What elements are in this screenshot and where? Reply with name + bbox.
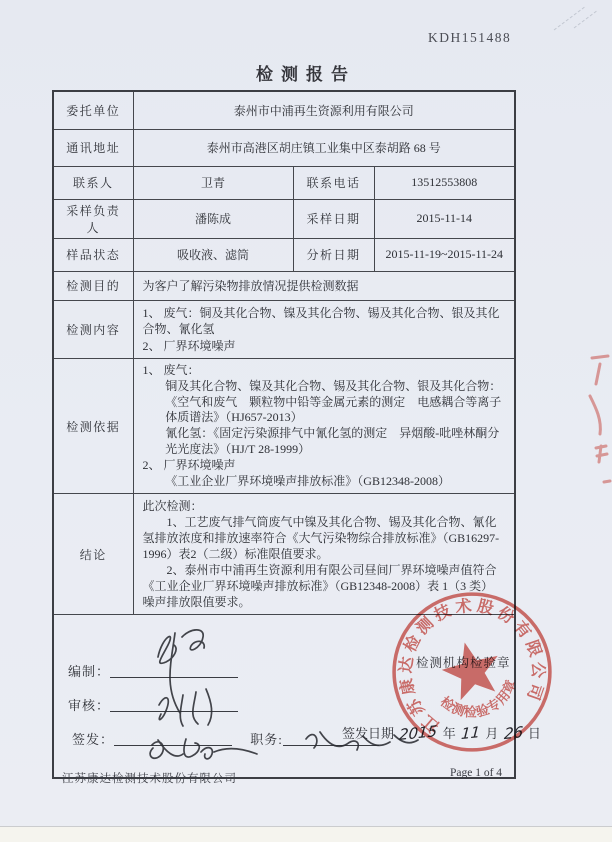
red-stamp-fragment (566, 350, 612, 495)
issued-by-label: 签发： (72, 732, 114, 747)
sampler-label: 采样负责人 (53, 199, 133, 238)
basis-value: 1、 废气： 铜及其化合物、镍及其化合物、锡及其化合物、银及其化合物：《空气和废… (133, 359, 515, 494)
address-value: 泰州市高港区胡庄镇工业集中区泰胡路 68 号 (133, 129, 515, 166)
content-item-2: 2、 厂界环境噪声 (143, 338, 506, 355)
issue-date-label: 签发日期 (342, 726, 394, 741)
contact-label: 联系人 (53, 166, 133, 199)
purpose-label: 检测目的 (53, 271, 133, 300)
client-value: 泰州市中浦再生资源利用有限公司 (133, 91, 515, 129)
sampling-date-label: 采样日期 (293, 199, 374, 238)
sample-state-label: 样品状态 (53, 238, 133, 271)
contact-value: 卫青 (133, 166, 293, 199)
conclusion-para-1: 1、工艺废气排气筒废气中镍及其化合物、锡及其化合物、氰化氢排放浓度和排放速率符合… (143, 514, 506, 562)
conclusion-intro: 此次检测： (143, 498, 506, 514)
table-row-contact: 联系人 卫青 联系电话 13512553808 (53, 166, 515, 199)
analysis-date-value: 2015-11-19~2015-11-24 (374, 238, 515, 271)
phone-label: 联系电话 (293, 166, 374, 199)
prepared-signature (158, 630, 204, 663)
basis-item1-head: 1、 废气： (143, 363, 506, 379)
issued-by-line: 签发： 职务: (72, 729, 379, 748)
scanned-report-page: KDH151488 检测报告 委托单位 泰州市中浦再生资源利用有限公司 通讯地址… (0, 0, 612, 842)
content-label: 检测内容 (53, 300, 133, 359)
sampler-value: 潘陈成 (133, 199, 293, 238)
conclusion-label: 结论 (53, 494, 133, 615)
table-row-content: 检测内容 1、 废气：铜及其化合物、镍及其化合物、锡及其化合物、银及其化合物、氰… (53, 300, 515, 359)
reviewed-by-signature-line (110, 698, 238, 712)
scanner-edge-strip (0, 826, 612, 842)
reviewed-by-label: 审核： (68, 698, 110, 713)
address-label: 通讯地址 (53, 129, 133, 166)
report-number: KDH151488 (428, 30, 511, 46)
table-row-purpose: 检测目的 为客户了解污染物排放情况提供检测数据 (53, 271, 515, 300)
table-row-address: 通讯地址 泰州市高港区胡庄镇工业集中区泰胡路 68 号 (53, 129, 515, 166)
analysis-date-label: 分析日期 (293, 238, 374, 271)
table-row-sampler: 采样负责人 潘陈成 采样日期 2015-11-14 (53, 199, 515, 238)
table-row-client: 委托单位 泰州市中浦再生资源利用有限公司 (53, 91, 515, 129)
table-row-basis: 检测依据 1、 废气： 铜及其化合物、镍及其化合物、锡及其化合物、银及其化合物：… (53, 359, 515, 494)
sampling-date-value: 2015-11-14 (374, 199, 515, 238)
content-value: 1、 废气：铜及其化合物、镍及其化合物、锡及其化合物、银及其化合物、氰化氢 2、… (133, 300, 515, 359)
basis-item2-sub1: 《工业企业厂界环境噪声排放标准》（GB12348-2008） (165, 474, 505, 490)
prepared-by-line: 编制： (68, 661, 238, 680)
prepared-by-signature-line (110, 664, 238, 678)
sample-state-value: 吸收液、滤筒 (133, 238, 293, 271)
basis-item2-head: 2、 厂界环境噪声 (143, 458, 506, 474)
phone-value: 13512553808 (374, 166, 515, 199)
content-item-1: 1、 废气：铜及其化合物、镍及其化合物、锡及其化合物、银及其化合物、氰化氢 (143, 305, 506, 338)
reviewed-by-line: 审核： (68, 695, 238, 714)
footer-page-number: Page 1 of 4 (450, 767, 502, 779)
purpose-value: 为客户了解污染物排放情况提供检测数据 (133, 271, 515, 300)
pencil-mark (540, 0, 612, 36)
page-title: 检测报告 (0, 60, 612, 85)
basis-item1-sub1: 铜及其化合物、镍及其化合物、锡及其化合物、银及其化合物：《空气和废气 颗粒物中铅… (165, 379, 505, 426)
prepared-by-label: 编制： (68, 664, 110, 679)
issued-by-signature-line (114, 732, 232, 746)
basis-item1-sub2: 氰化氢：《固定污染源排气中氰化氢的测定 异烟酸-吡唑林酮分光光度法》（HJ/T … (165, 426, 505, 458)
seal-star-icon (437, 636, 506, 703)
table-row-sample-state: 样品状态 吸收液、滤筒 分析日期 2015-11-19~2015-11-24 (53, 238, 515, 271)
basis-label: 检测依据 (53, 359, 133, 494)
footer-company: 江苏康达检测技术股份有限公司 (62, 770, 237, 786)
client-label: 委托单位 (53, 91, 133, 129)
job-title-label: 职务: (250, 732, 283, 747)
